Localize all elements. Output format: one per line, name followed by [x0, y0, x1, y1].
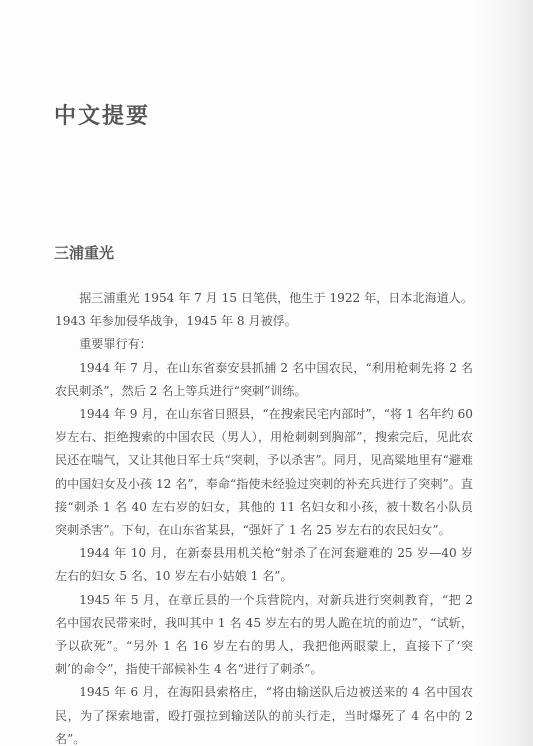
paragraph-crimes-heading: 重要罪行有：	[55, 333, 473, 356]
paragraph-1944-07: 1944 年 7 月，在山东省泰安县抓捕 2 名中国农民，“利用枪刺先将 2 名…	[55, 357, 473, 403]
section-title: 中文提要	[54, 99, 150, 130]
paragraph-intro: 据三浦重光 1954 年 7 月 15 日笔供，他生于 1922 年，日本北海道…	[55, 287, 473, 333]
document-body: 据三浦重光 1954 年 7 月 15 日笔供，他生于 1922 年，日本北海道…	[55, 287, 473, 746]
paragraph-1944-09: 1944 年 9 月，在山东省日照县，“在搜索民宅内部时”，“将 1 名年约 6…	[55, 403, 473, 542]
document-page: 中文提要 三浦重光 据三浦重光 1954 年 7 月 15 日笔供，他生于 19…	[0, 0, 533, 746]
paragraph-1945-05: 1945 年 5 月，在章丘县的一个兵营院内，对新兵进行突刺教育，“把 2 名中…	[55, 589, 473, 682]
paragraph-1945-06: 1945 年 6 月，在海阳县索格庄，“将由输送队后边被送来的 4 名中国农民，…	[55, 681, 473, 746]
paragraph-1944-10: 1944 年 10 月，在新泰县用机关枪“射杀了在河套避难的 25 岁—40 岁…	[55, 542, 473, 588]
author-name: 三浦重光	[54, 242, 114, 263]
